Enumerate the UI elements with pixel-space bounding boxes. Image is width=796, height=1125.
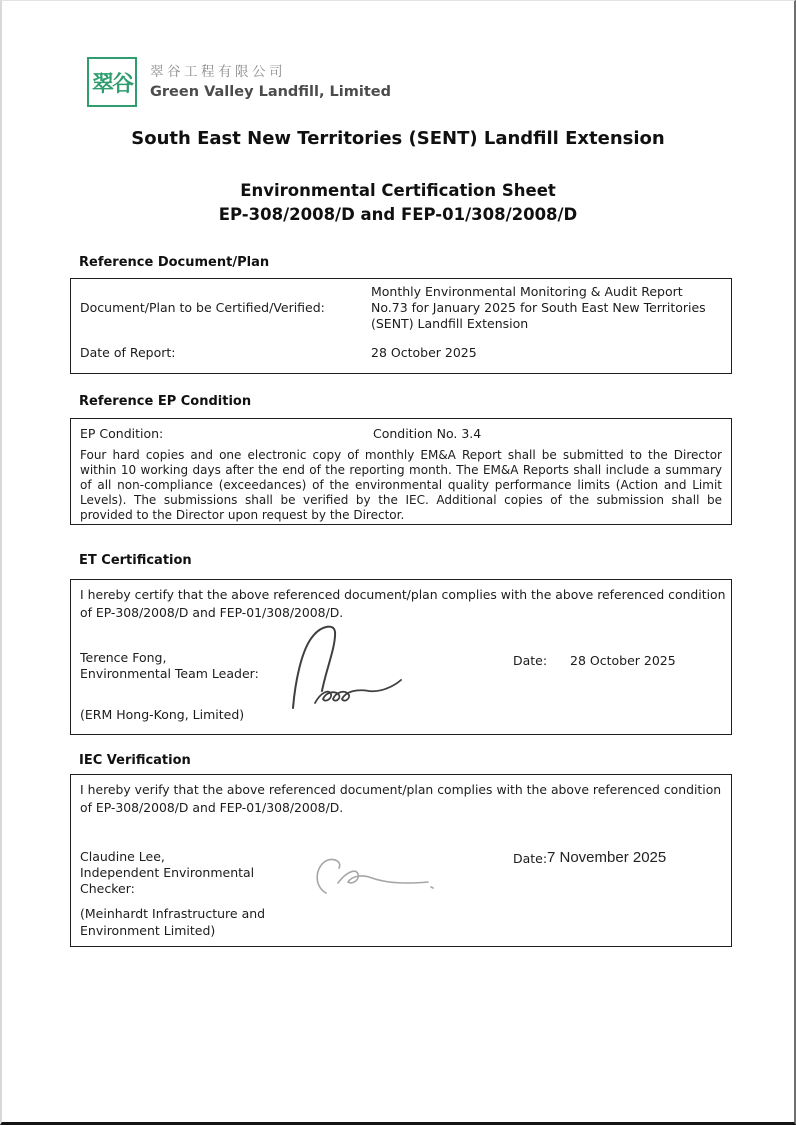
et-date-value: 28 October 2025 (570, 653, 676, 668)
ep-condition-value: Condition No. 3.4 (373, 426, 721, 442)
iec-signatory-title: Independent Environmental Checker: (80, 865, 295, 897)
section-heading-reference-document: Reference Document/Plan (79, 255, 269, 270)
company-name-chinese: 翠谷工程有限公司 (150, 63, 391, 81)
section-heading-iec-verification: IEC Verification (79, 753, 191, 768)
section-heading-reference-ep-condition: Reference EP Condition (79, 394, 251, 409)
document-title: South East New Territories (SENT) Landfi… (2, 128, 794, 149)
table-row: Document/Plan to be Certified/Verified: … (71, 279, 731, 332)
date-of-report-value: 28 October 2025 (371, 345, 719, 361)
company-logo-block: 翠谷 翠谷工程有限公司 Green Valley Landfill, Limit… (87, 57, 391, 107)
iec-verification-box: I hereby verify that the above reference… (70, 774, 732, 947)
document-plan-label: Document/Plan to be Certified/Verified: (80, 300, 371, 316)
iec-company: (Meinhardt Infrastructure and Environmen… (80, 906, 300, 939)
reference-document-table: Document/Plan to be Certified/Verified: … (70, 278, 732, 374)
company-name-english: Green Valley Landfill, Limited (150, 83, 391, 101)
et-signature-icon (279, 616, 409, 720)
document-subtitle: Environmental Certification Sheet (2, 181, 794, 200)
document-plan-value: Monthly Environmental Monitoring & Audit… (371, 284, 719, 332)
permit-numbers: EP-308/2008/D and FEP-01/308/2008/D (2, 205, 794, 224)
et-signatory-name: Terence Fong, (80, 650, 295, 666)
et-signatory-block: Terence Fong, Environmental Team Leader: (80, 650, 295, 682)
green-valley-logo-icon: 翠谷 (87, 57, 137, 107)
iec-signature-icon (296, 853, 436, 905)
et-signatory-title: Environmental Team Leader: (80, 666, 295, 682)
date-of-report-label: Date of Report: (80, 345, 371, 361)
iec-verification-statement: I hereby verify that the above reference… (80, 781, 728, 817)
table-row: EP Condition: Condition No. 3.4 (71, 419, 731, 442)
ep-condition-table: EP Condition: Condition No. 3.4 Four har… (70, 418, 732, 525)
et-company: (ERM Hong-Kong, Limited) (80, 707, 330, 724)
iec-signatory-name: Claudine Lee, (80, 849, 295, 865)
ep-condition-label: EP Condition: (80, 426, 373, 442)
certification-sheet-page: 翠谷 翠谷工程有限公司 Green Valley Landfill, Limit… (0, 0, 796, 1125)
et-certification-box: I hereby certify that the above referenc… (70, 579, 732, 735)
company-name-block: 翠谷工程有限公司 Green Valley Landfill, Limited (150, 63, 391, 101)
section-heading-et-certification: ET Certification (79, 553, 192, 568)
table-row: Date of Report: 28 October 2025 (71, 345, 731, 361)
iec-signatory-block: Claudine Lee, Independent Environmental … (80, 849, 295, 897)
iec-date-label: Date: (513, 851, 547, 866)
ep-condition-description: Four hard copies and one electronic copy… (71, 442, 731, 523)
iec-date-value: 7 November 2025 (547, 849, 666, 866)
et-date-label: Date: (513, 653, 547, 668)
